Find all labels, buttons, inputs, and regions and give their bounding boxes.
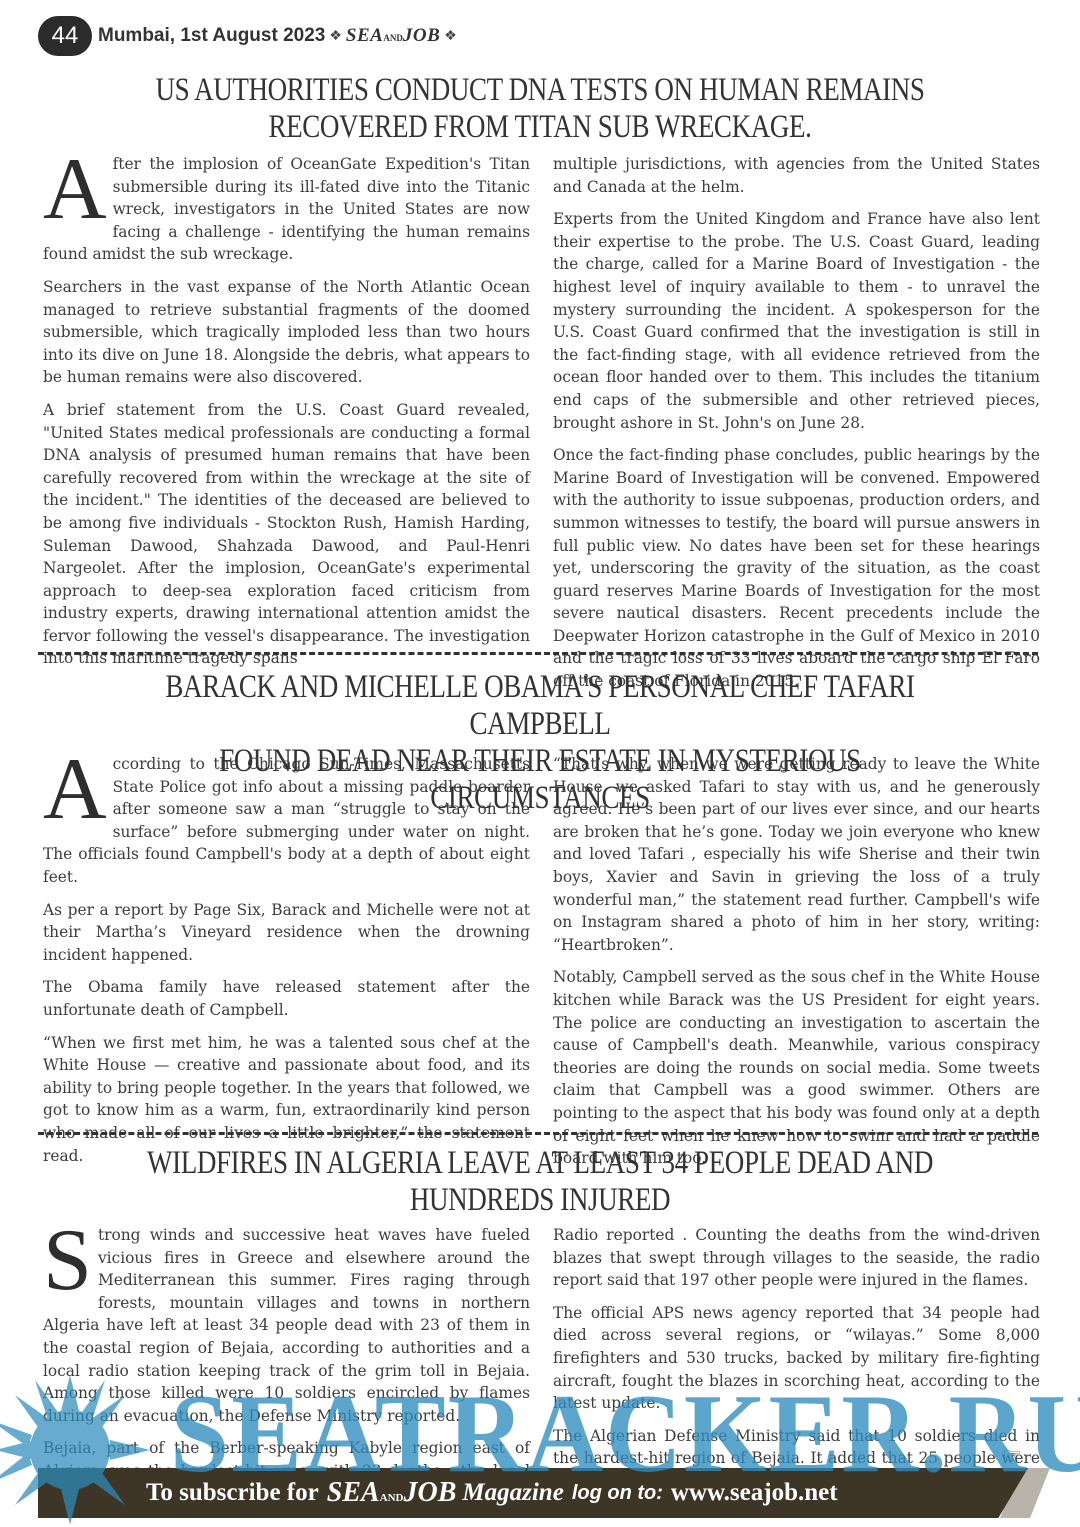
paragraph: A brief statement from the U.S. Coast Gu… xyxy=(43,399,530,670)
diamond-ornament-icon: ❖ xyxy=(329,28,342,44)
watermark-text: SEATRACKER.RU xyxy=(170,1370,1080,1499)
article-2-column-right: “That’s why, when we were getting ready … xyxy=(553,753,1040,1180)
paragraph: Radio reported . Counting the deaths fro… xyxy=(553,1224,1040,1292)
paragraph: multiple jurisdictions, with agencies fr… xyxy=(553,153,1040,198)
article-2-column-left: According to the Chicago Sun-Times, Mass… xyxy=(43,753,530,1177)
watermark-sun-icon xyxy=(0,1365,160,1525)
section-divider xyxy=(38,1132,1038,1135)
article-1-headline: US AUTHORITIES CONDUCT DNA TESTS ON HUMA… xyxy=(130,72,950,146)
page-number: 44 xyxy=(38,16,92,56)
paragraph: Experts from the United Kingdom and Fran… xyxy=(553,208,1040,434)
section-divider xyxy=(38,652,1038,655)
brand-logo: SEAANDJOB xyxy=(346,25,440,47)
paragraph: Searchers in the vast expanse of the Nor… xyxy=(43,276,530,389)
drop-cap: A xyxy=(43,157,107,223)
diamond-ornament-icon: ❖ xyxy=(444,28,457,44)
article-1-column-right: multiple jurisdictions, with agencies fr… xyxy=(553,153,1040,703)
paragraph: As per a report by Page Six, Barack and … xyxy=(43,899,530,967)
drop-cap: S xyxy=(43,1228,92,1294)
dateline: Mumbai, 1st August 2023 xyxy=(98,25,325,47)
paragraph: The Obama family have released statement… xyxy=(43,976,530,1021)
article-1-column-left: After the implosion of OceanGate Expedit… xyxy=(43,153,530,680)
article-3-headline: WILDFIRES IN ALGERIA LEAVE AT LEAST 34 P… xyxy=(130,1145,950,1219)
drop-cap: A xyxy=(43,757,107,823)
paragraph: fter the implosion of OceanGate Expediti… xyxy=(43,155,530,263)
paragraph: ccording to the Chicago Sun-Times, Massa… xyxy=(43,755,530,886)
paragraph: “That’s why, when we were getting ready … xyxy=(553,753,1040,956)
paragraph: Notably, Campbell served as the sous che… xyxy=(553,966,1040,1169)
paragraph: Once the fact-finding phase concludes, p… xyxy=(553,444,1040,693)
masthead: 44 Mumbai, 1st August 2023 ❖ SEAANDJOB ❖ xyxy=(38,16,461,56)
